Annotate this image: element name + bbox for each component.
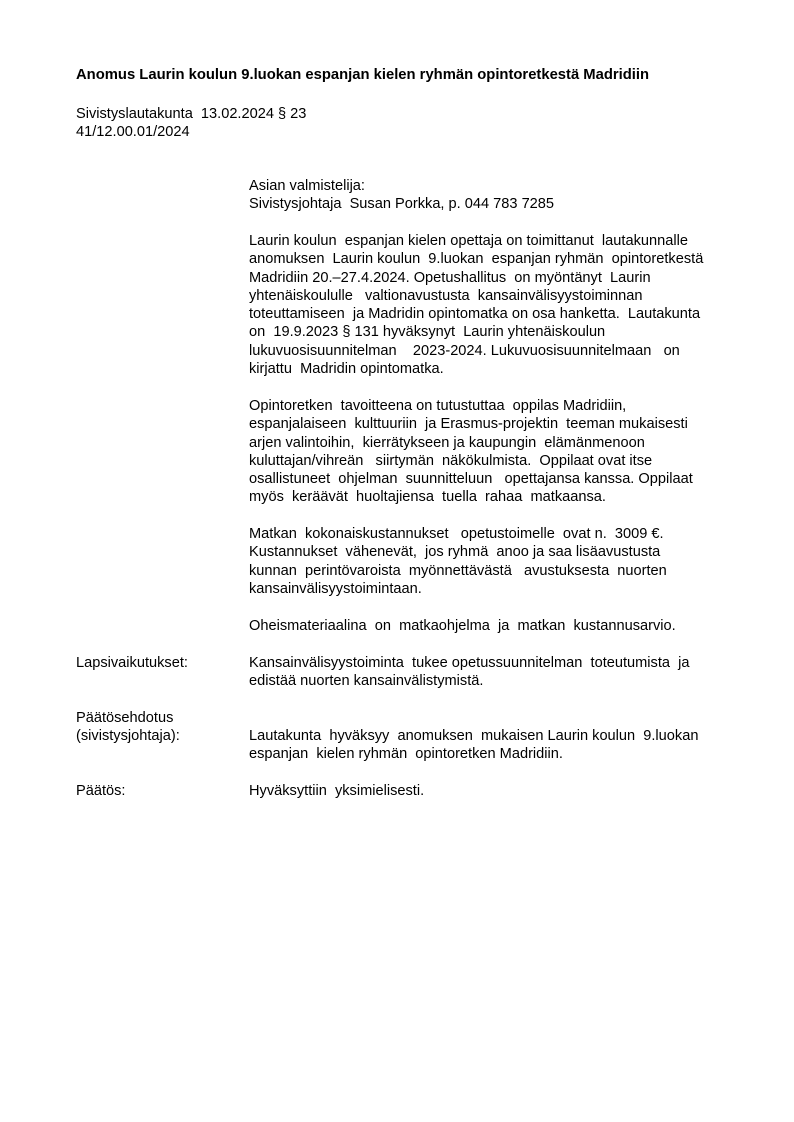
text-line: on 19.9.2023 § 131 hyväksynyt Laurin yht… (249, 323, 735, 341)
section-label-decision: Päätös: (76, 782, 126, 800)
text-line: yhtenäiskoululle valtionavustusta kansai… (249, 287, 735, 305)
text-line: kirjattu Madridin opintomatka. (249, 360, 735, 378)
paragraph-4: Oheismateriaalina on matkaohjelma ja mat… (249, 617, 735, 635)
section-text-decision: Hyväksyttiin yksimielisesti. (249, 782, 735, 800)
section-label-proposal: Päätösehdotus(sivistysjohtaja): (76, 709, 180, 746)
text-line: espanjalaiseen kulttuuriin ja Erasmus-pr… (249, 415, 735, 433)
text-line: Oheismateriaalina on matkaohjelma ja mat… (249, 617, 735, 635)
text-line: kunnan perintövaroista myönnettävästä av… (249, 562, 735, 580)
text-line: edistää nuorten kansainvälistymistä. (249, 672, 735, 690)
section-label-line: Lapsivaikutukset: (76, 654, 188, 672)
text-line: kansainvälisyystoimintaan. (249, 580, 735, 598)
text-line: Laurin koulun espanjan kielen opettaja o… (249, 232, 735, 250)
document-title: Anomus Laurin koulun 9.luokan espanjan k… (76, 67, 649, 83)
text-line: Kansainvälisyystoiminta tukee opetussuun… (249, 654, 735, 672)
paragraph-2: Opintoretken tavoitteena on tutustuttaa … (249, 397, 735, 507)
paragraph-1: Laurin koulun espanjan kielen opettaja o… (249, 232, 735, 378)
text-line: toteuttamiseen ja Madridin opintomatka o… (249, 305, 735, 323)
preparer-name: Sivistysjohtaja Susan Porkka, p. 044 783… (249, 195, 735, 213)
text-line: myös keräävät huoltajiensa tuella rahaa … (249, 488, 735, 506)
section-text-child-impact: Kansainvälisyystoiminta tukee opetussuun… (249, 654, 735, 691)
text-line: Madridiin 20.–27.4.2024. Opetushallitus … (249, 269, 735, 287)
text-line: arjen valintoihin, kierrätykseen ja kaup… (249, 434, 735, 452)
preparer-block: Asian valmistelija: Sivistysjohtaja Susa… (249, 177, 735, 214)
text-line: kuluttajan/vihreän siirtymän näkökulmist… (249, 452, 735, 470)
meeting-reference: Sivistyslautakunta 13.02.2024 § 23 (76, 105, 306, 123)
text-line: osallistuneet ohjelman suunnitteluun ope… (249, 470, 735, 488)
text-line: Matkan kokonaiskustannukset opetustoimel… (249, 525, 735, 543)
text-line: Opintoretken tavoitteena on tutustuttaa … (249, 397, 735, 415)
section-label-line: (sivistysjohtaja): (76, 727, 180, 745)
record-number: 41/12.00.01/2024 (76, 123, 306, 141)
preparer-label: Asian valmistelija: (249, 177, 735, 195)
text-line: lukuvuosisuunnitelman 2023-2024. Lukuvuo… (249, 342, 735, 360)
section-label-child-impact: Lapsivaikutukset: (76, 654, 188, 672)
paragraph-3: Matkan kokonaiskustannukset opetustoimel… (249, 525, 735, 598)
text-line: Lautakunta hyväksyy anomuksen mukaisen L… (249, 727, 735, 745)
meeting-info: Sivistyslautakunta 13.02.2024 § 23 41/12… (76, 105, 306, 142)
text-line: Kustannukset vähenevät, jos ryhmä anoo j… (249, 543, 735, 561)
section-label-line: Päätös: (76, 782, 126, 800)
section-text-proposal: Lautakunta hyväksyy anomuksen mukaisen L… (249, 727, 735, 764)
text-line: anomuksen Laurin koulun 9.luokan espanja… (249, 250, 735, 268)
section-label-line: Päätösehdotus (76, 709, 180, 727)
text-line: Hyväksyttiin yksimielisesti. (249, 782, 735, 800)
text-line: espanjan kielen ryhmän opintoretken Madr… (249, 745, 735, 763)
